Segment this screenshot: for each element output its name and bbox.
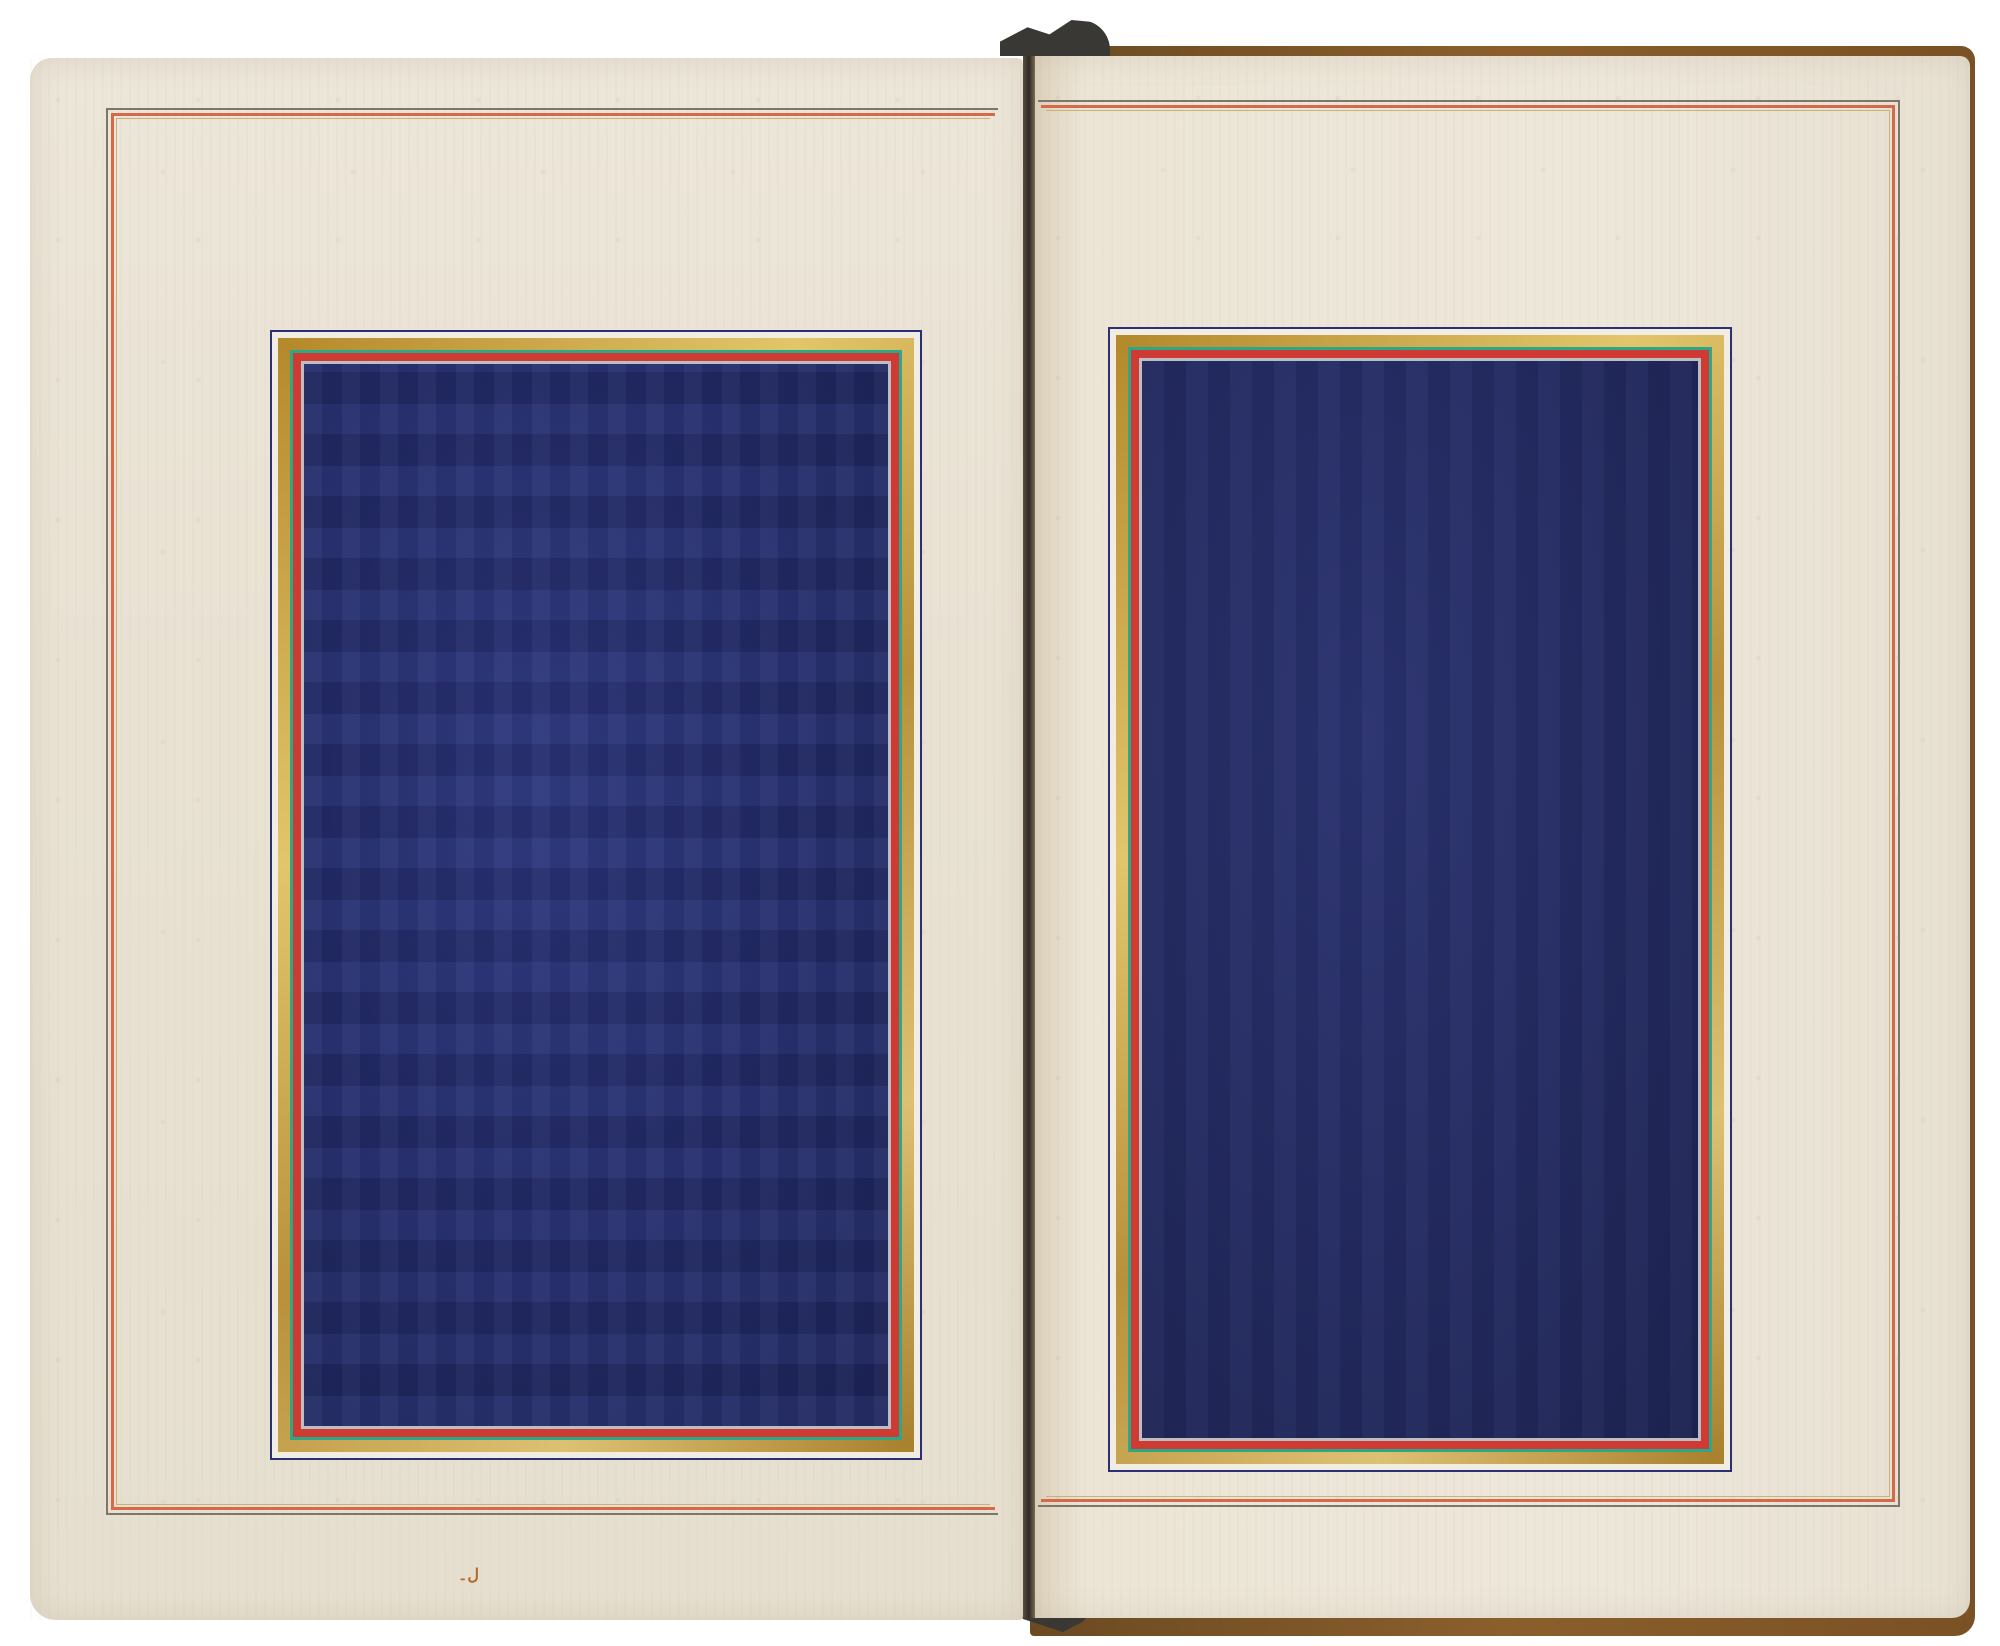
lapis-field	[304, 364, 888, 1426]
lapis-field	[1142, 361, 1698, 1438]
spine-top	[1000, 20, 1110, 56]
left-illuminated-panel	[270, 330, 922, 1460]
book-gutter	[1023, 56, 1035, 1618]
right-illuminated-panel	[1108, 327, 1732, 1472]
marginal-mark: ﻝ۔	[458, 1565, 479, 1584]
